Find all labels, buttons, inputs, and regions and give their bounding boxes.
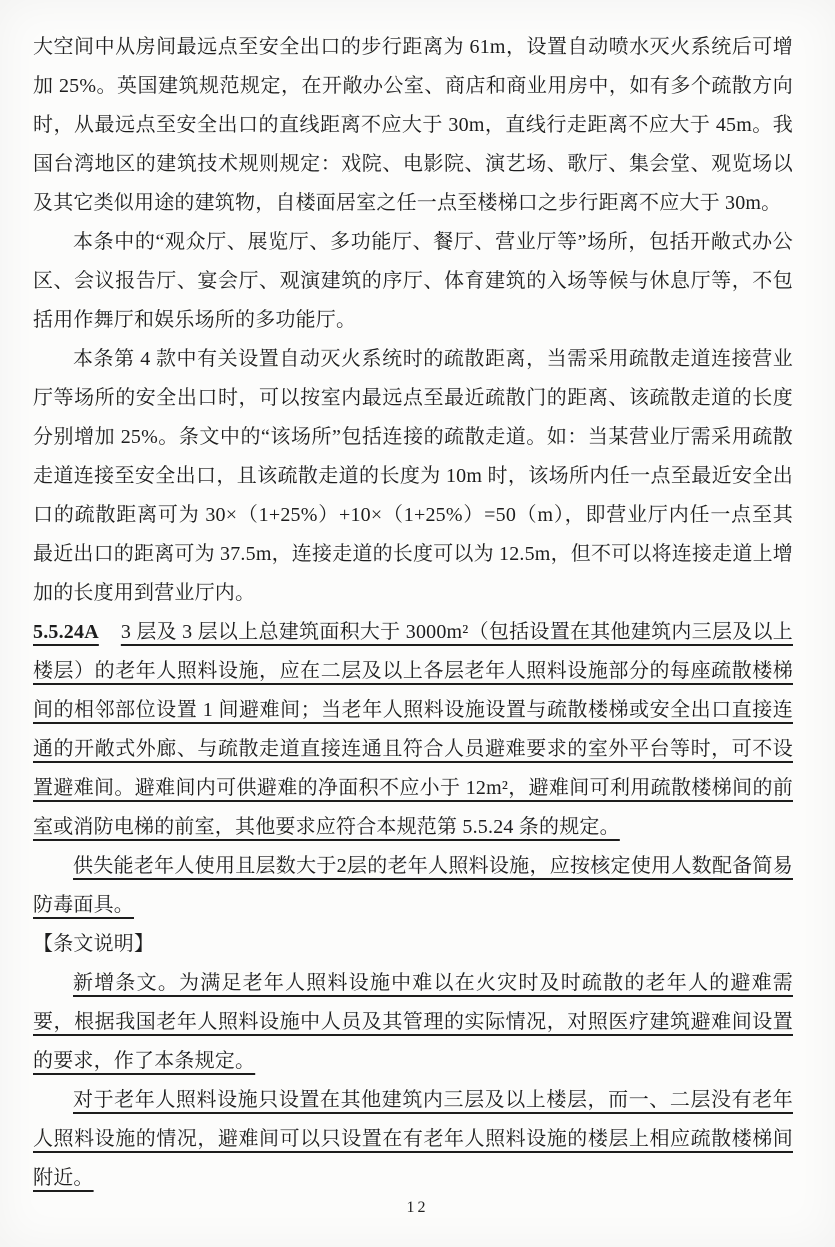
clause-explanation-header: 【条文说明】: [33, 925, 793, 964]
paragraph-hall-types-scope: 本条中的“观众厅、展览厅、多功能厅、餐厅、营业厅等”场所，包括开敞式办公区、会议…: [33, 223, 793, 340]
clause-body-text: 3 层及 3 层以上总建筑面积大于 3000m²（包括设置在其他建筑内三层及以上…: [33, 621, 793, 838]
paragraph-sprinkler-evacuation-distance: 本条第 4 款中有关设置自动灭火系统时的疏散距离，当需采用疏散走道连接营业厅等场…: [33, 340, 793, 613]
paragraph-explanation-new-clause: 新增条文。为满足老年人照料设施中难以在火灾时及时疏散的老年人的避难需要，根据我国…: [33, 964, 793, 1081]
paragraph-gas-mask-requirement: 供失能老年人使用且层数大于2层的老年人照料设施，应按核定使用人数配备简易防毒面具…: [33, 847, 793, 925]
document-page: 大空间中从房间最远点至安全出口的步行距离为 61m，设置自动喷水灭火系统后可增加…: [0, 0, 835, 1247]
paragraph-walking-distance-comparison: 大空间中从房间最远点至安全出口的步行距离为 61m，设置自动喷水灭火系统后可增加…: [33, 28, 793, 223]
paragraph-explanation-upper-floors: 对于老年人照料设施只设置在其他建筑内三层及以上楼层，而一、二层没有老年人照料设施…: [33, 1081, 793, 1198]
clause-number-label: 5.5.24A: [33, 621, 121, 643]
page-number: 12: [0, 1199, 835, 1217]
clause-5-5-24a: 5.5.24A3 层及 3 层以上总建筑面积大于 3000m²（包括设置在其他建…: [33, 613, 793, 847]
